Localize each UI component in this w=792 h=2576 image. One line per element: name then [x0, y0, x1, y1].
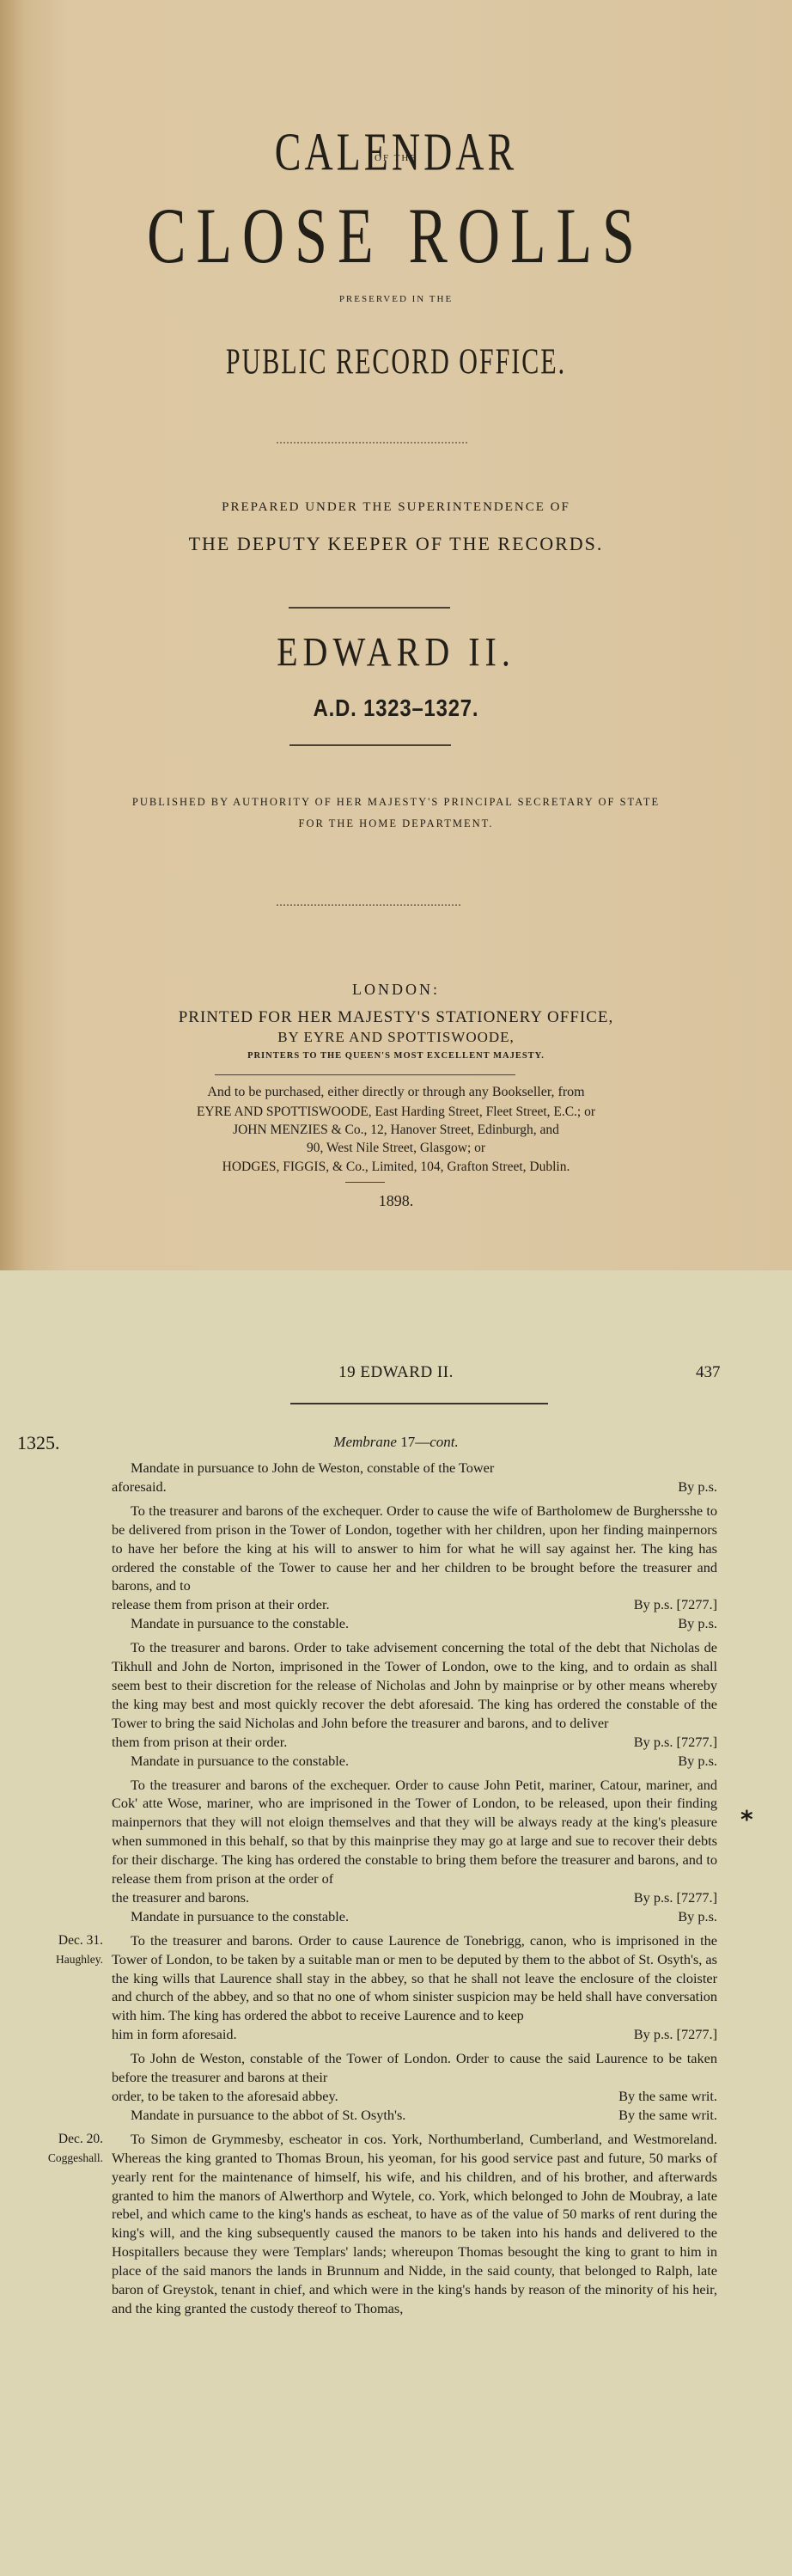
margin-date: Dec. 20. [10, 2130, 103, 2149]
imprint-seller-hodges: HODGES, FIGGIS, & Co., Limited, 104, Gra… [0, 1160, 792, 1175]
entry-closing-line: aforesaid. By p.s. [112, 1478, 717, 1496]
entry-closing-line: Mandate in pursuance to the abbot of St.… [112, 2106, 717, 2125]
content-page: 19 EDWARD II. 437 1325. Membrane 17—cont… [0, 1270, 792, 2576]
margin-date-place: Dec. 31. Haughley. [10, 1931, 103, 1969]
entry-closing-line: him in form aforesaid. By p.s. [7277.] [112, 2025, 717, 2044]
entry-closing-line: the treasurer and barons. By p.s. [7277.… [112, 1888, 717, 1907]
imprint-printed-for: PRINTED FOR HER MAJESTY'S STATIONERY OFF… [0, 1008, 792, 1027]
margin-date: Dec. 31. [10, 1931, 103, 1950]
entry-last-line: Mandate in pursuance to the constable. [131, 1614, 349, 1633]
entry-text: To the treasurer and barons. Order to ca… [112, 1931, 717, 2026]
calendar-entry: To the treasurer and barons of the exche… [112, 1502, 717, 1614]
home-department-line: FOR THE HOME DEPARTMENT. [0, 817, 792, 830]
date-range: A.D. 1323–1327. [59, 694, 733, 722]
entry-text: To Simon de Grymmesby, escheator in cos.… [112, 2130, 717, 2318]
title-close-rolls: CLOSE ROLLS [0, 190, 792, 282]
title-calendar: CALENDAR [0, 121, 792, 183]
entry-last-line: Mandate in pursuance to the abbot of St.… [131, 2106, 405, 2125]
entry-closing-line: release them from prison at their order.… [112, 1595, 717, 1614]
entry-closing-line: them from prison at their order. By p.s.… [112, 1733, 717, 1752]
title-page: CALENDAR OF THE CLOSE ROLLS PRESERVED IN… [0, 0, 792, 1270]
calendar-entry: Mandate in pursuance to the constable. B… [112, 1752, 717, 1771]
asterisk-marker: * [740, 1805, 753, 1833]
prepared-under-line: PREPARED UNDER THE SUPERINTENDENCE OF [0, 500, 792, 515]
warrant-note: By the same writ. [618, 2106, 717, 2125]
entry-text: To the treasurer and barons of the exche… [112, 1502, 717, 1596]
warrant-note: By p.s. [678, 1907, 717, 1926]
entry-last-line: order, to be taken to the aforesaid abbe… [112, 2087, 338, 2106]
imprint-printers-to: PRINTERS TO THE QUEEN'S MOST EXCELLENT M… [0, 1051, 792, 1061]
imprint-london: LONDON: [0, 981, 792, 999]
warrant-note: By p.s. [7277.] [634, 1733, 717, 1752]
warrant-note: By the same writ. [618, 2087, 717, 2106]
warrant-note: By p.s. [678, 1752, 717, 1771]
title-public-record-office: PUBLIC RECORD OFFICE. [0, 342, 792, 383]
entry-text: Mandate in pursuance to John de Weston, … [112, 1459, 717, 1478]
calendar-entry: To the treasurer and barons. Order to ta… [112, 1638, 717, 1751]
entry-text: To the treasurer and barons. Order to ta… [112, 1638, 717, 1733]
calendar-entry: Dec. 20. Coggeshall. To Simon de Grymmes… [112, 2130, 717, 2318]
warrant-note: By p.s. [678, 1614, 717, 1633]
running-head: 19 EDWARD II. [0, 1363, 792, 1382]
calendar-entry: Mandate in pursuance to John de Weston, … [112, 1459, 717, 1496]
warrant-note: By p.s. [7277.] [634, 1595, 717, 1614]
margin-place: Coggeshall. [10, 2149, 103, 2168]
page-number: 437 [696, 1363, 721, 1382]
divider-rule [215, 1074, 515, 1075]
entry-last-line: Mandate in pursuance to the constable. [131, 1907, 349, 1926]
entry-text: To the treasurer and barons of the exche… [112, 1776, 717, 1888]
calendar-entry: To John de Weston, constable of the Towe… [112, 2049, 717, 2106]
entry-last-line: him in form aforesaid. [112, 2025, 237, 2044]
membrane-cont: cont. [430, 1434, 459, 1450]
title-of-the: OF THE [0, 153, 792, 163]
membrane-number: 17— [400, 1434, 430, 1450]
calendar-entry: Dec. 31. Haughley. To the treasurer and … [112, 1931, 717, 2044]
entry-last-line: aforesaid. [112, 1478, 167, 1496]
entry-last-line: Mandate in pursuance to the constable. [131, 1752, 349, 1771]
entry-last-line: them from prison at their order. [112, 1733, 287, 1752]
ornamental-rule [277, 442, 467, 445]
published-by-line: PUBLISHED BY AUTHORITY OF HER MAJESTY'S … [0, 796, 792, 809]
entry-closing-line: Mandate in pursuance to the constable. B… [112, 1752, 717, 1771]
margin-date-place: Dec. 20. Coggeshall. [10, 2130, 103, 2168]
divider-rule [289, 607, 450, 609]
deputy-keeper-line: THE DEPUTY KEEPER OF THE RECORDS. [0, 533, 792, 555]
imprint-seller-eyre: EYRE AND SPOTTISWOODE, East Harding Stre… [0, 1104, 792, 1120]
entry-closing-line: Mandate in pursuance to the constable. B… [112, 1614, 717, 1633]
title-preserved-in-the: PRESERVED IN THE [0, 294, 792, 304]
imprint-seller-glasgow: 90, West Nile Street, Glasgow; or [0, 1141, 792, 1156]
warrant-note: By p.s. [7277.] [634, 2025, 717, 2044]
calendar-entries: Mandate in pursuance to John de Weston, … [112, 1459, 717, 2323]
margin-place: Haughley. [10, 1950, 103, 1969]
warrant-note: By p.s. [678, 1478, 717, 1496]
publication-year: 1898. [0, 1192, 792, 1210]
divider-rule [345, 1182, 385, 1183]
divider-rule [289, 744, 451, 746]
imprint-purchase-line: And to be purchased, either directly or … [0, 1085, 792, 1100]
calendar-entry: Mandate in pursuance to the constable. B… [112, 1614, 717, 1633]
calendar-entry: Mandate in pursuance to the abbot of St.… [112, 2106, 717, 2125]
imprint-printer: BY EYRE AND SPOTTISWOODE, [0, 1029, 792, 1046]
entry-last-line: release them from prison at their order. [112, 1595, 330, 1614]
imprint-seller-menzies: JOHN MENZIES & Co., 12, Hanover Street, … [0, 1123, 792, 1138]
warrant-note: By p.s. [7277.] [634, 1888, 717, 1907]
calendar-entry: To the treasurer and barons of the exche… [112, 1776, 717, 1907]
membrane-heading: Membrane 17—cont. [0, 1434, 792, 1451]
entry-closing-line: order, to be taken to the aforesaid abbe… [112, 2087, 717, 2106]
membrane-label: Membrane [333, 1434, 397, 1450]
ornamental-rule [277, 904, 460, 908]
entry-last-line: the treasurer and barons. [112, 1888, 249, 1907]
calendar-entry: Mandate in pursuance to the constable. B… [112, 1907, 717, 1926]
reign-title: EDWARD II. [0, 627, 792, 676]
header-rule [290, 1403, 548, 1404]
entry-text: To John de Weston, constable of the Towe… [112, 2049, 717, 2087]
entry-closing-line: Mandate in pursuance to the constable. B… [112, 1907, 717, 1926]
